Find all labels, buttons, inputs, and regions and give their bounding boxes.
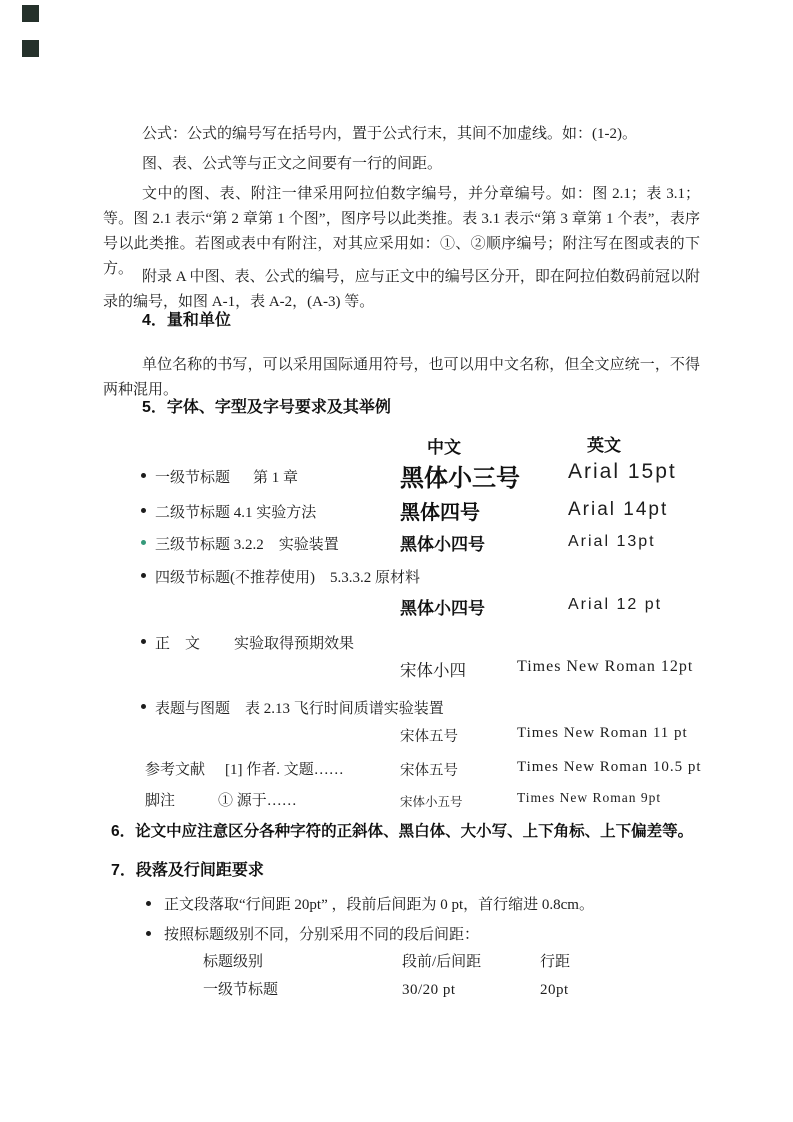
- bullet-icon: [141, 704, 146, 709]
- row-en-font: Arial 14pt: [568, 499, 668, 521]
- row-label: 四级节标题(不推荐使用) 5.3.3.2 原材料: [155, 566, 420, 587]
- bullet-green-icon: [141, 540, 146, 545]
- paragraph-formula: 公式：公式的编号写在括号内，置于公式行末，其间不加虚线。如：(1-2)。: [103, 122, 700, 147]
- heading-4-units: 4．量和单位: [142, 307, 231, 330]
- row-label: 正 文: [155, 632, 200, 653]
- row-example: [1] 作者. 文题……: [225, 758, 344, 779]
- font-table-row: 三级节标题 3.2.2 实验装置 黑体小四号 Arial 13pt: [103, 528, 793, 564]
- heading-7-paragraph: 7．段落及行间距要求: [111, 857, 264, 880]
- font-table-row-fonts: 黑体小四号 Arial 12 pt: [103, 594, 793, 630]
- heading-5-fonts: 5．字体、字型及字号要求及其举例: [142, 394, 391, 417]
- bullet-icon: [141, 573, 146, 578]
- row-cn-font: 黑体小四号: [400, 530, 485, 555]
- bullet-text: 正文段落取“行间距 20pt” ，段前后间距为 0 pt，首行缩进 0.8cm。: [164, 893, 594, 914]
- bullet-icon: [141, 508, 146, 513]
- row-label: 表题与图题 表 2.13 飞行时间质谱实验装置: [155, 697, 444, 718]
- bullet-icon: [141, 473, 146, 478]
- row-en-font: Times New Roman 10.5 pt: [517, 759, 702, 776]
- row-label: 一级节标题: [155, 466, 230, 487]
- spacing-cell-spacing: 30/20 pt: [402, 978, 456, 1003]
- row-label: 二级节标题 4.1 实验方法: [155, 501, 316, 522]
- row-example: ① 源于……: [218, 789, 297, 810]
- row-en-font: Times New Roman 9pt: [517, 790, 661, 806]
- row-label: 脚注: [145, 789, 175, 810]
- column-header-chinese: 中文: [427, 433, 461, 458]
- font-table-row: 二级节标题 4.1 实验方法 黑体四号 Arial 14pt: [103, 495, 793, 531]
- paragraph-figure-spacing: 图、表、公式等与正文之间要有一行的间距。: [103, 152, 700, 177]
- row-example: 实验取得预期效果: [234, 632, 354, 653]
- row-en-font: Arial 13pt: [568, 533, 656, 551]
- row-label: 参考文献: [145, 758, 205, 779]
- row-cn-font: 宋体五号: [400, 725, 458, 746]
- row-cn-font: 黑体小三号: [400, 458, 520, 493]
- corner-mark-bottom: [22, 40, 39, 57]
- heading-6-characters: 6．论文中应注意区分各种字符的正斜体、黑白体、大小写、上下角标、上下偏差等。: [111, 819, 693, 841]
- bullet-icon: [141, 639, 146, 644]
- font-table-row-fonts: 宋体五号 Times New Roman 11 pt: [103, 724, 793, 760]
- column-header-english: 英文: [587, 431, 621, 456]
- spacing-cell-line: 20pt: [540, 978, 569, 1003]
- font-table-row: 一级节标题 第 1 章 黑体小三号 Arial 15pt: [103, 458, 793, 494]
- spacing-header-spacing: 段前/后间距: [402, 950, 481, 975]
- bullet-item: 按照标题级别不同，分别采用不同的段后间距：: [103, 918, 793, 954]
- row-en-font: Arial 12 pt: [568, 596, 662, 614]
- spacing-header-line: 行距: [540, 950, 570, 975]
- bullet-icon: [146, 931, 151, 936]
- bullet-icon: [146, 901, 151, 906]
- font-table-row-fonts: 宋体小四 Times New Roman 12pt: [103, 657, 793, 693]
- row-cn-font: 黑体四号: [400, 496, 480, 525]
- corner-mark-top: [22, 5, 39, 22]
- row-cn-font: 宋体五号: [400, 759, 458, 780]
- row-label: 三级节标题 3.2.2 实验装置: [155, 533, 339, 554]
- spacing-header-level: 标题级别: [203, 950, 263, 975]
- row-en-font: Times New Roman 11 pt: [517, 725, 688, 742]
- row-cn-font: 宋体小五号: [400, 792, 463, 810]
- row-en-font: Times New Roman 12pt: [517, 658, 693, 676]
- row-cn-font: 宋体小四: [400, 657, 466, 681]
- row-cn-font: 黑体小四号: [400, 594, 485, 619]
- bullet-text: 按照标题级别不同，分别采用不同的段后间距：: [164, 923, 479, 944]
- row-en-font: Arial 15pt: [568, 460, 677, 484]
- document-page: 公式：公式的编号写在括号内，置于公式行末，其间不加虚线。如：(1-2)。 图、表…: [0, 0, 793, 1122]
- row-example: 第 1 章: [253, 466, 298, 487]
- spacing-cell-level: 一级节标题: [203, 978, 278, 1003]
